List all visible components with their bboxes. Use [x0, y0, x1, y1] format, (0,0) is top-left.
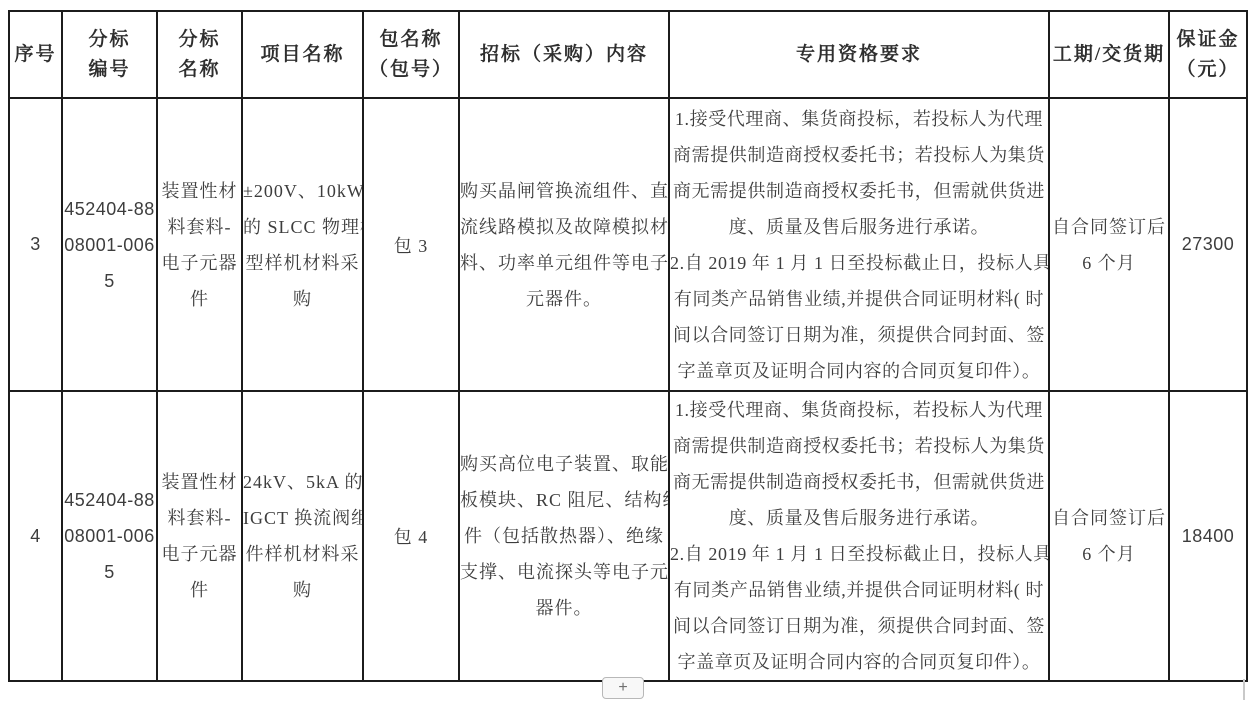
header-row: 序号 分标编号 分标名称 项目名称 包名称（包号） 招标（采购）内容 专用资格要… [9, 11, 1247, 98]
add-row-button[interactable]: + [602, 677, 644, 699]
table-row-3: 3 452404-8808001-0065 装置性材料套料-电子元器件 ±200… [9, 98, 1247, 391]
package-value: 包 3 [394, 236, 429, 256]
col-header-seq: 序号 [9, 11, 62, 98]
cell-project-name: ±200V、10kW的 SLCC 物理模型样机材料采购 [242, 98, 363, 391]
col-header-project-name: 项目名称 [242, 11, 363, 98]
cell-seq: 4 [9, 391, 62, 681]
cell-project-name: 24kV、5kA 的IGCT 换流阀组件样机材料采购 [242, 391, 363, 681]
seq-value: 4 [30, 526, 41, 546]
seq-value: 3 [30, 234, 41, 254]
table-edge-artifact [1243, 679, 1245, 700]
col-header-delivery: 工期/交货期 [1049, 11, 1169, 98]
cell-package: 包 4 [363, 391, 459, 681]
cell-bid-name: 装置性材料套料-电子元器件 [157, 391, 242, 681]
cell-delivery: 自合同签订后6 个月 [1049, 98, 1169, 391]
cell-deposit: 18400 [1169, 391, 1247, 681]
cell-package: 包 3 [363, 98, 459, 391]
col-header-content: 招标（采购）内容 [459, 11, 669, 98]
col-header-bid-name: 分标名称 [157, 11, 242, 98]
cell-delivery: 自合同签订后6 个月 [1049, 391, 1169, 681]
cell-seq: 3 [9, 98, 62, 391]
cell-bid-number: 452404-8808001-0065 [62, 391, 157, 681]
col-header-bid-number: 分标编号 [62, 11, 157, 98]
package-value: 包 4 [394, 527, 429, 547]
cell-content: 购买晶闸管换流组件、直流线路模拟及故障模拟材料、功率单元组件等电子元器件。 [459, 98, 669, 391]
page: 序号 分标编号 分标名称 项目名称 包名称（包号） 招标（采购）内容 专用资格要… [0, 0, 1252, 726]
table-row-4: 4 452404-8808001-0065 装置性材料套料-电子元器件 24kV… [9, 391, 1247, 681]
col-header-qualification: 专用资格要求 [669, 11, 1049, 98]
deposit-value: 27300 [1182, 234, 1235, 254]
cell-qualification: 1.接受代理商、集货商投标，若投标人为代理商需提供制造商授权委托书；若投标人为集… [669, 391, 1049, 681]
deposit-value: 18400 [1182, 526, 1235, 546]
procurement-table: 序号 分标编号 分标名称 项目名称 包名称（包号） 招标（采购）内容 专用资格要… [8, 10, 1248, 682]
cell-bid-name: 装置性材料套料-电子元器件 [157, 98, 242, 391]
cell-content: 购买高位电子装置、取能板模块、RC 阻尼、结构组件（包括散热器）、绝缘支撑、电流… [459, 391, 669, 681]
cell-deposit: 27300 [1169, 98, 1247, 391]
cell-qualification: 1.接受代理商、集货商投标，若投标人为代理商需提供制造商授权委托书；若投标人为集… [669, 98, 1049, 391]
cell-bid-number: 452404-8808001-0065 [62, 98, 157, 391]
col-header-deposit: 保证金（元） [1169, 11, 1247, 98]
col-header-package: 包名称（包号） [363, 11, 459, 98]
